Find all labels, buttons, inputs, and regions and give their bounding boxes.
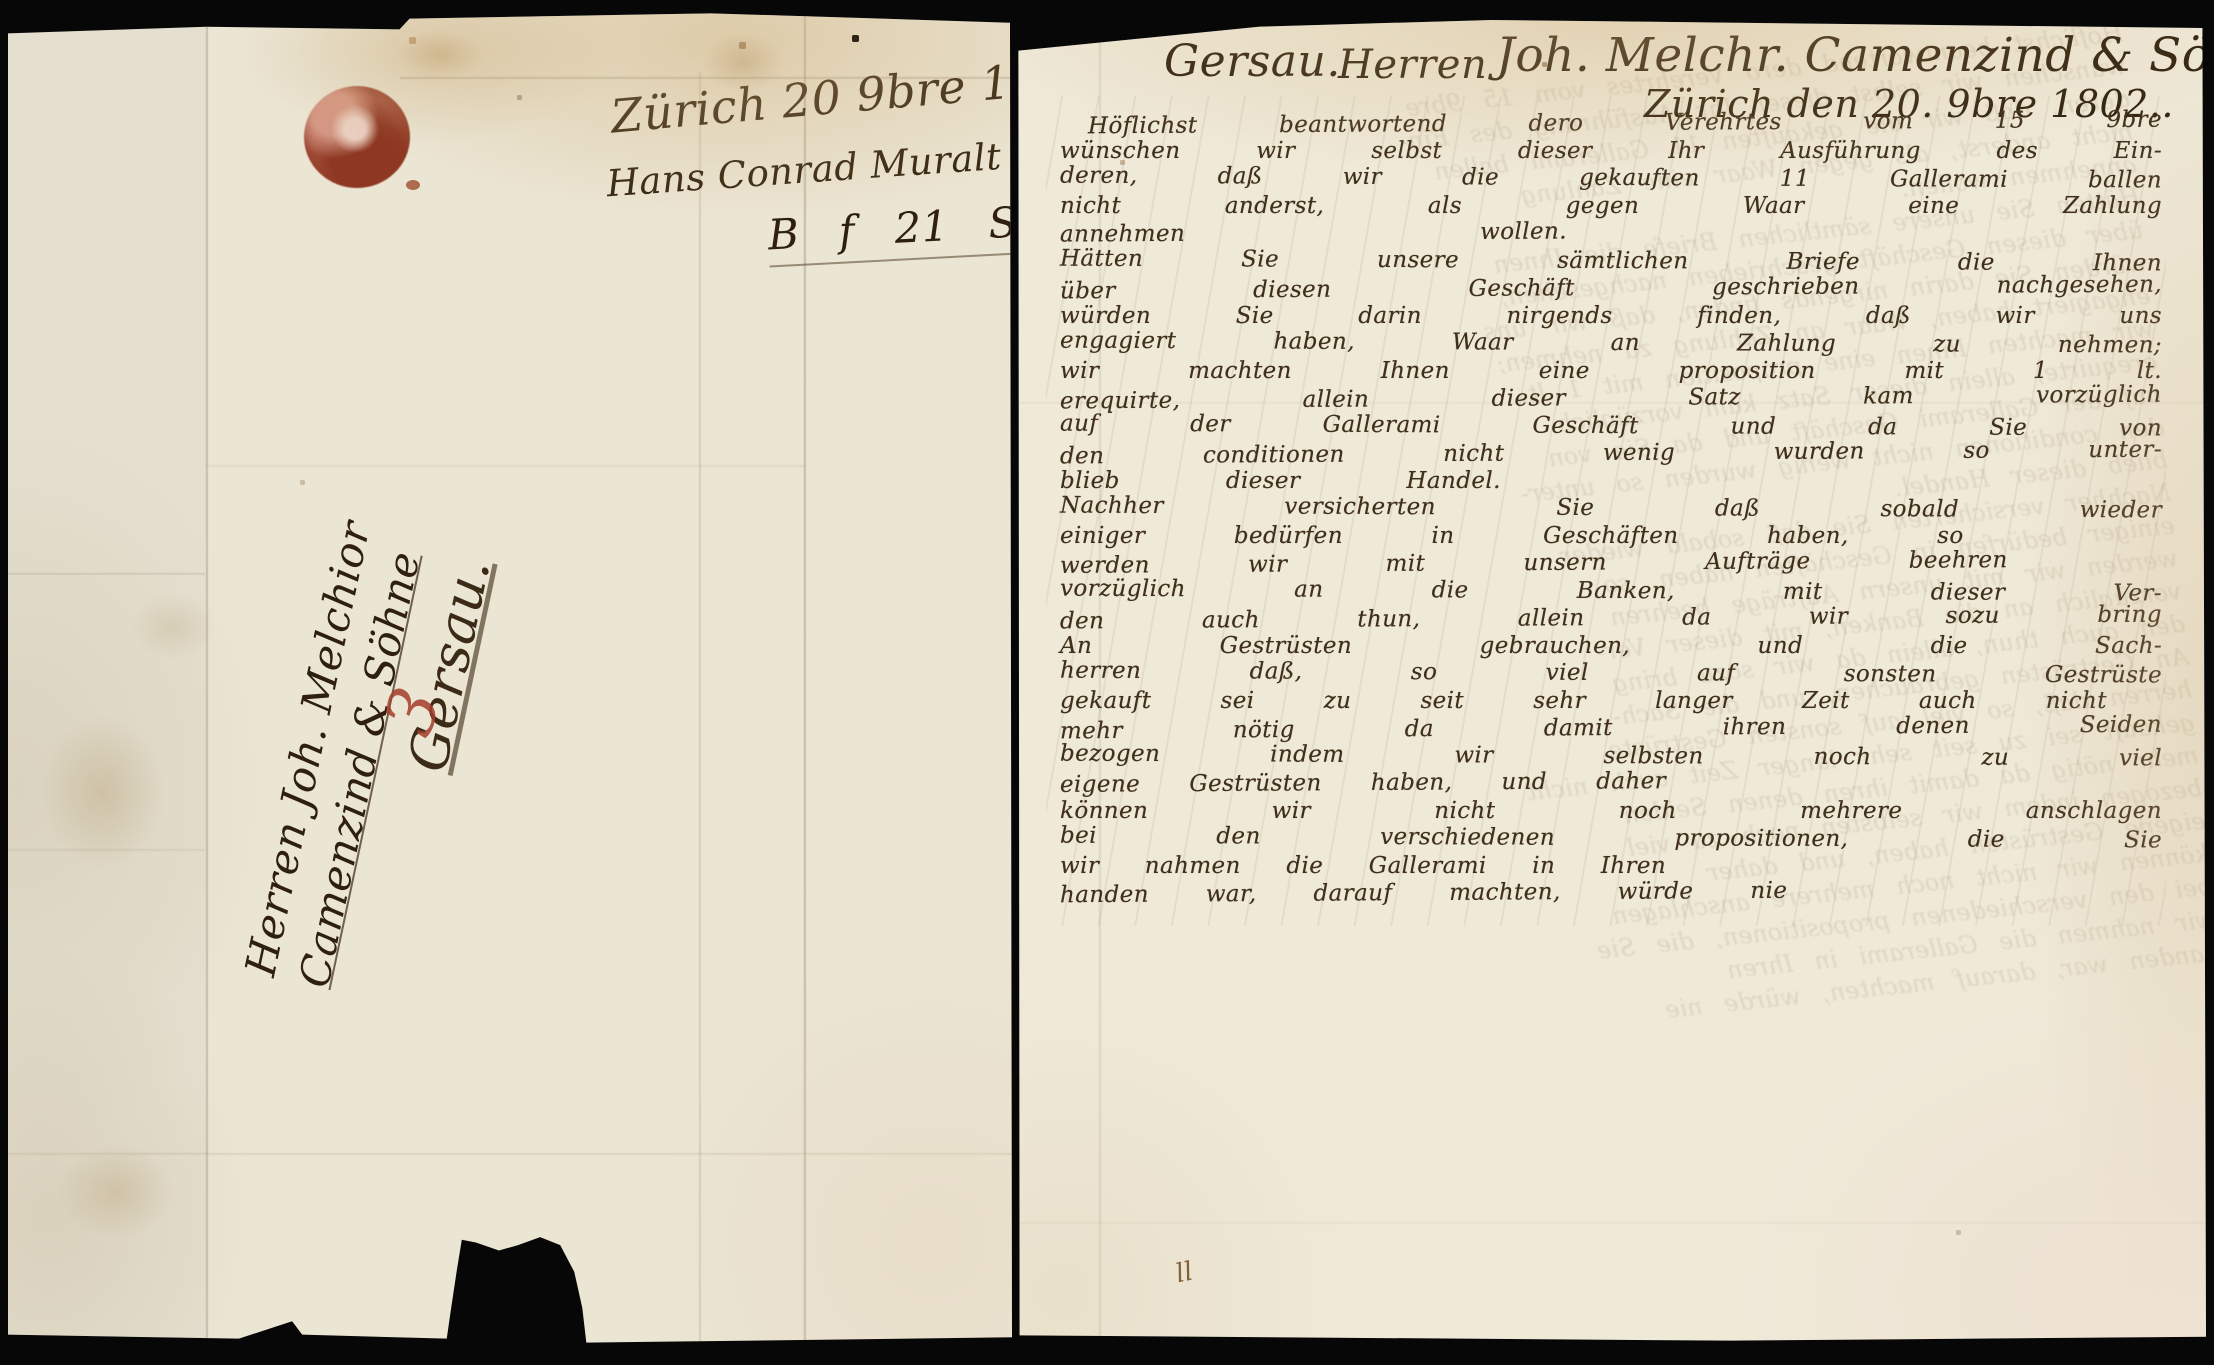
fold-panel xyxy=(8,12,205,1348)
manuscript-line: können wir nicht noch mehrere anschlagen xyxy=(1060,798,2162,826)
manuscript-line: gekauft sei zu seit sehr langer Zeit auc… xyxy=(1060,688,2107,716)
address-block: Herren Joh. Melchior Camenzind & Söhne G… xyxy=(233,363,538,1007)
manuscript-line: eigene Gestrüsten haben, und daher xyxy=(1060,768,1666,799)
scanned-letter: Zürich 20 9bre 1802 Hans Conrad Muralt &… xyxy=(0,0,2214,1365)
manuscript-line: nicht anderst, als gegen Waar eine Zahlu… xyxy=(1060,193,2162,221)
fold-crease xyxy=(8,1152,1012,1156)
manuscript-line: Nachher versicherten Sie daß sobald wied… xyxy=(1060,493,2162,525)
header-place: Gersau. xyxy=(1164,36,1341,87)
manuscript-line: bei den verschiedenen propositionen, die… xyxy=(1060,823,2162,855)
wax-seal xyxy=(304,86,410,188)
stain xyxy=(393,28,489,82)
fold-crease xyxy=(8,572,205,576)
manuscript-line: deren, daß wir die gekauften 11 Galleram… xyxy=(1060,163,2162,195)
manuscript-line: einiger bedürfen in Geschäften haben, so xyxy=(1060,523,1964,551)
docket-date-line: Zürich 20 9bre 1802 xyxy=(609,50,1064,143)
manuscript-line: engagiert haben, Waar an Zahlung zu nehm… xyxy=(1060,328,2162,360)
manuscript-line: den conditionen nicht wenig wurden so un… xyxy=(1060,437,2162,471)
manuscript-line: blieb dieser Handel. xyxy=(1060,468,1501,496)
manuscript-line: würden Sie darin nirgends finden, daß wi… xyxy=(1060,303,2162,331)
manuscript-line: annehmen wollen. xyxy=(1060,218,1567,249)
manuscript-line: wünschen wir selbst dieser Ihr Ausführun… xyxy=(1060,138,2162,166)
manuscript-line: über diesen Geschäft geschrieben nachges… xyxy=(1060,272,2162,306)
header-addressee: Joh. Melchr. Camenzind & Söhne xyxy=(1496,28,2214,83)
stain xyxy=(56,1142,176,1242)
stain xyxy=(38,712,168,872)
letter-text-page: Höflichst beantwortend dero Verehrtes vo… xyxy=(1016,16,2206,1346)
stain xyxy=(128,592,218,662)
manuscript-line: wir machten Ihnen eine proposition mit 1… xyxy=(1060,358,2162,386)
manuscript-line: An Gestrüsten gebrauchen, und die Sach- xyxy=(1060,633,2162,661)
fold-crease xyxy=(8,848,205,852)
letter-address-page: Zürich 20 9bre 1802 Hans Conrad Muralt &… xyxy=(8,12,1012,1348)
docket-reference-line: B f 21 S xyxy=(767,197,1020,267)
pen-trial-mark: ll xyxy=(1173,1257,1196,1290)
manuscript-line: handen war, darauf machten, würde nie xyxy=(1084,936,2214,1088)
manuscript-line: wir nahmen die Gallerami in Ihren xyxy=(1060,853,1666,881)
manuscript-line: herren daß, so viel auf sonsten Gestrüst… xyxy=(1060,658,2162,690)
fold-crease xyxy=(205,12,209,1348)
manuscript-line: Höflichst beantwortend dero Verehrtes vo… xyxy=(1088,107,2162,141)
fold-crease xyxy=(1016,1221,2206,1225)
manuscript-line: handen war, darauf machten, würde nie xyxy=(1060,878,1787,910)
letter-body: Höflichst beantwortend dero Verehrtes vo… xyxy=(1060,110,2162,908)
header-salutation: Herren xyxy=(1338,42,1487,88)
wax-seal-fragment xyxy=(406,180,420,190)
fold-crease xyxy=(698,72,702,1341)
dust-specks xyxy=(0,0,1,1)
manuscript-line: den auch thun, allein da wir sozu bring xyxy=(1060,602,2162,636)
manuscript-line: wir nahmen die Gallerami in Ihren xyxy=(1080,903,2214,1055)
docket-sender-line: Hans Conrad Muralt & Sohn xyxy=(605,130,1077,206)
